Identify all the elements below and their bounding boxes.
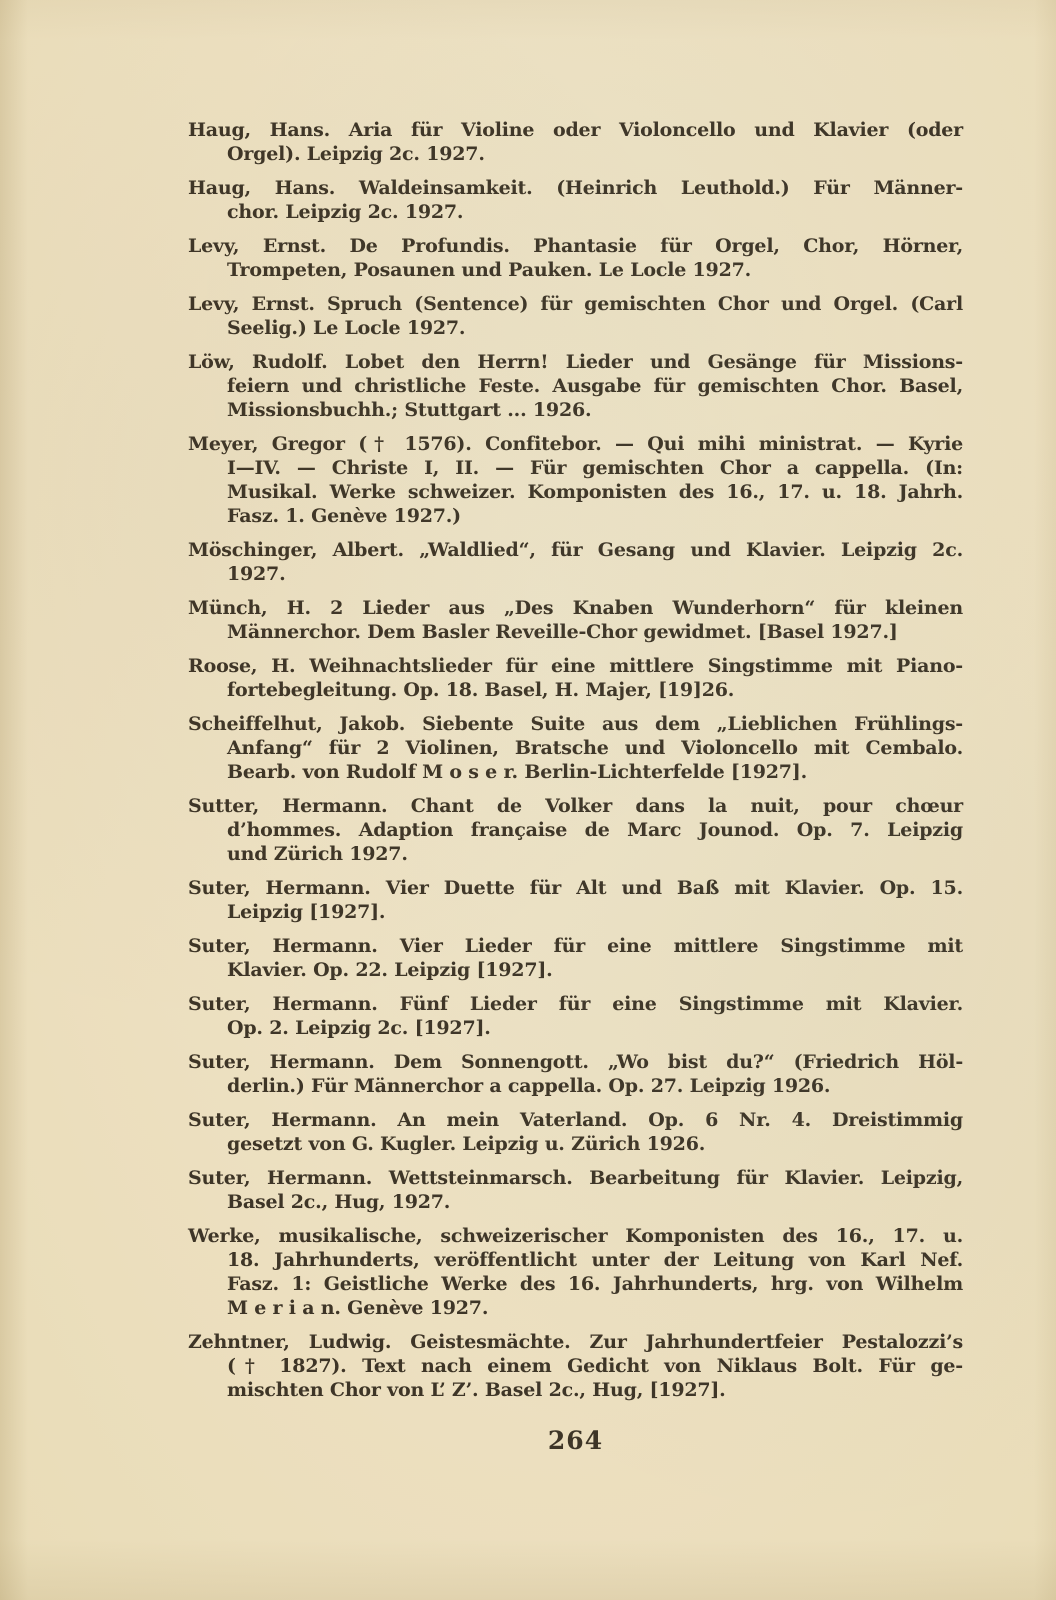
bibliography-entry: Meyer, Gregor († 1576). Confitebor. — Qu…: [188, 432, 963, 528]
entry-line: M e r i a n. Genève 1927.: [227, 1296, 963, 1320]
bibliography-entry: Sutter, Hermann. Chant de Volker dans la…: [188, 794, 963, 866]
entry-line: derlin.) Für Männerchor a cappella. Op. …: [227, 1074, 963, 1098]
entry-line: 1927.: [227, 562, 963, 586]
entry-line: Musikal. Werke schweizer. Komponisten de…: [227, 480, 963, 504]
entry-line: Basel 2c., Hug, 1927.: [227, 1190, 963, 1214]
entry-line: Anfang“ für 2 Violinen, Bratsche und Vio…: [227, 736, 963, 760]
entry-line: Werke, musikalische, schweizerischer Kom…: [188, 1224, 963, 1248]
entry-line: Levy, Ernst. De Profundis. Phantasie für…: [188, 234, 963, 258]
entry-line: Zehntner, Ludwig. Geistesmächte. Zur Jah…: [188, 1330, 963, 1354]
bibliography-entry: Levy, Ernst. De Profundis. Phantasie für…: [188, 234, 963, 282]
bibliography-entry: Scheiffelhut, Jakob. Siebente Suite aus …: [188, 712, 963, 784]
bibliography-entry: Suter, Hermann. An mein Vaterland. Op. 6…: [188, 1108, 963, 1156]
entry-line: Suter, Hermann. Wettsteinmarsch. Bearbei…: [188, 1166, 963, 1190]
entry-line: Orgel). Leipzig 2c. 1927.: [227, 142, 963, 166]
entry-line: d’hommes. Adaption française de Marc Jou…: [227, 818, 963, 842]
entry-line: Missionsbuchh.; Stuttgart ... 1926.: [227, 398, 963, 422]
page-number: 264: [188, 1426, 963, 1455]
bibliography-entry: Werke, musikalische, schweizerischer Kom…: [188, 1224, 963, 1320]
entry-line: Trompeten, Posaunen und Pauken. Le Locle…: [227, 258, 963, 282]
bibliography-entry: Zehntner, Ludwig. Geistesmächte. Zur Jah…: [188, 1330, 963, 1402]
entry-line: Fasz. 1. Genève 1927.): [227, 504, 963, 528]
bibliography-entry: Suter, Hermann. Vier Lieder für eine mit…: [188, 934, 963, 982]
entry-line: Suter, Hermann. An mein Vaterland. Op. 6…: [188, 1108, 963, 1132]
bibliography-entry: Löw, Rudolf. Lobet den Herrn! Lieder und…: [188, 350, 963, 422]
bibliography-entry: Haug, Hans. Aria für Violine oder Violon…: [188, 118, 963, 166]
entry-line: I—IV. — Christe I, II. — Für gemischten …: [227, 456, 963, 480]
entry-line: Seelig.) Le Locle 1927.: [227, 316, 963, 340]
bibliography-list: Haug, Hans. Aria für Violine oder Violon…: [188, 118, 963, 1412]
bibliography-entry: Suter, Hermann. Wettsteinmarsch. Bearbei…: [188, 1166, 963, 1214]
entry-line: Münch, H. 2 Lieder aus „Des Knaben Wunde…: [188, 596, 963, 620]
entry-line: Levy, Ernst. Spruch (Sentence) für gemis…: [188, 292, 963, 316]
entry-line: Meyer, Gregor († 1576). Confitebor. — Qu…: [188, 432, 963, 456]
entry-line: Scheiffelhut, Jakob. Siebente Suite aus …: [188, 712, 963, 736]
entry-line: 18. Jahrhunderts, veröffentlicht unter d…: [227, 1248, 963, 1272]
entry-line: und Zürich 1927.: [227, 842, 963, 866]
entry-line: mischten Chor von L’ Z’. Basel 2c., Hug,…: [227, 1378, 963, 1402]
entry-line: Möschinger, Albert. „Waldlied“, für Gesa…: [188, 538, 963, 562]
entry-line: Suter, Hermann. Fünf Lieder für eine Sin…: [188, 992, 963, 1016]
entry-line: chor. Leipzig 2c. 1927.: [227, 200, 963, 224]
entry-line: Bearb. von Rudolf M o s e r. Berlin-Lich…: [227, 760, 963, 784]
entry-line: fortebegleitung. Op. 18. Basel, H. Majer…: [227, 678, 963, 702]
entry-line: Männerchor. Dem Basler Reveille-Chor gew…: [227, 620, 963, 644]
entry-line: feiern und christliche Feste. Ausgabe fü…: [227, 374, 963, 398]
entry-line: Suter, Hermann. Vier Lieder für eine mit…: [188, 934, 963, 958]
entry-line: Op. 2. Leipzig 2c. [1927].: [227, 1016, 963, 1040]
bibliography-entry: Roose, H. Weihnachtslieder für eine mitt…: [188, 654, 963, 702]
bibliography-entry: Suter, Hermann. Fünf Lieder für eine Sin…: [188, 992, 963, 1040]
entry-line: Löw, Rudolf. Lobet den Herrn! Lieder und…: [188, 350, 963, 374]
entry-line: Suter, Hermann. Dem Sonnengott. „Wo bist…: [188, 1050, 963, 1074]
scanned-book-page: Haug, Hans. Aria für Violine oder Violon…: [0, 0, 1056, 1600]
bibliography-entry: Suter, Hermann. Vier Duette für Alt und …: [188, 876, 963, 924]
entry-line: († 1827). Text nach einem Gedicht von Ni…: [227, 1354, 963, 1378]
entry-line: Fasz. 1: Geistliche Werke des 16. Jahrhu…: [227, 1272, 963, 1296]
entry-line: Klavier. Op. 22. Leipzig [1927].: [227, 958, 963, 982]
bibliography-entry: Münch, H. 2 Lieder aus „Des Knaben Wunde…: [188, 596, 963, 644]
entry-line: Sutter, Hermann. Chant de Volker dans la…: [188, 794, 963, 818]
entry-line: Suter, Hermann. Vier Duette für Alt und …: [188, 876, 963, 900]
bibliography-entry: Haug, Hans. Waldeinsamkeit. (Heinrich Le…: [188, 176, 963, 224]
entry-line: Leipzig [1927].: [227, 900, 963, 924]
entry-line: gesetzt von G. Kugler. Leipzig u. Zürich…: [227, 1132, 963, 1156]
entry-line: Haug, Hans. Aria für Violine oder Violon…: [188, 118, 963, 142]
bibliography-entry: Möschinger, Albert. „Waldlied“, für Gesa…: [188, 538, 963, 586]
bibliography-entry: Suter, Hermann. Dem Sonnengott. „Wo bist…: [188, 1050, 963, 1098]
bibliography-entry: Levy, Ernst. Spruch (Sentence) für gemis…: [188, 292, 963, 340]
entry-line: Haug, Hans. Waldeinsamkeit. (Heinrich Le…: [188, 176, 963, 200]
entry-line: Roose, H. Weihnachtslieder für eine mitt…: [188, 654, 963, 678]
